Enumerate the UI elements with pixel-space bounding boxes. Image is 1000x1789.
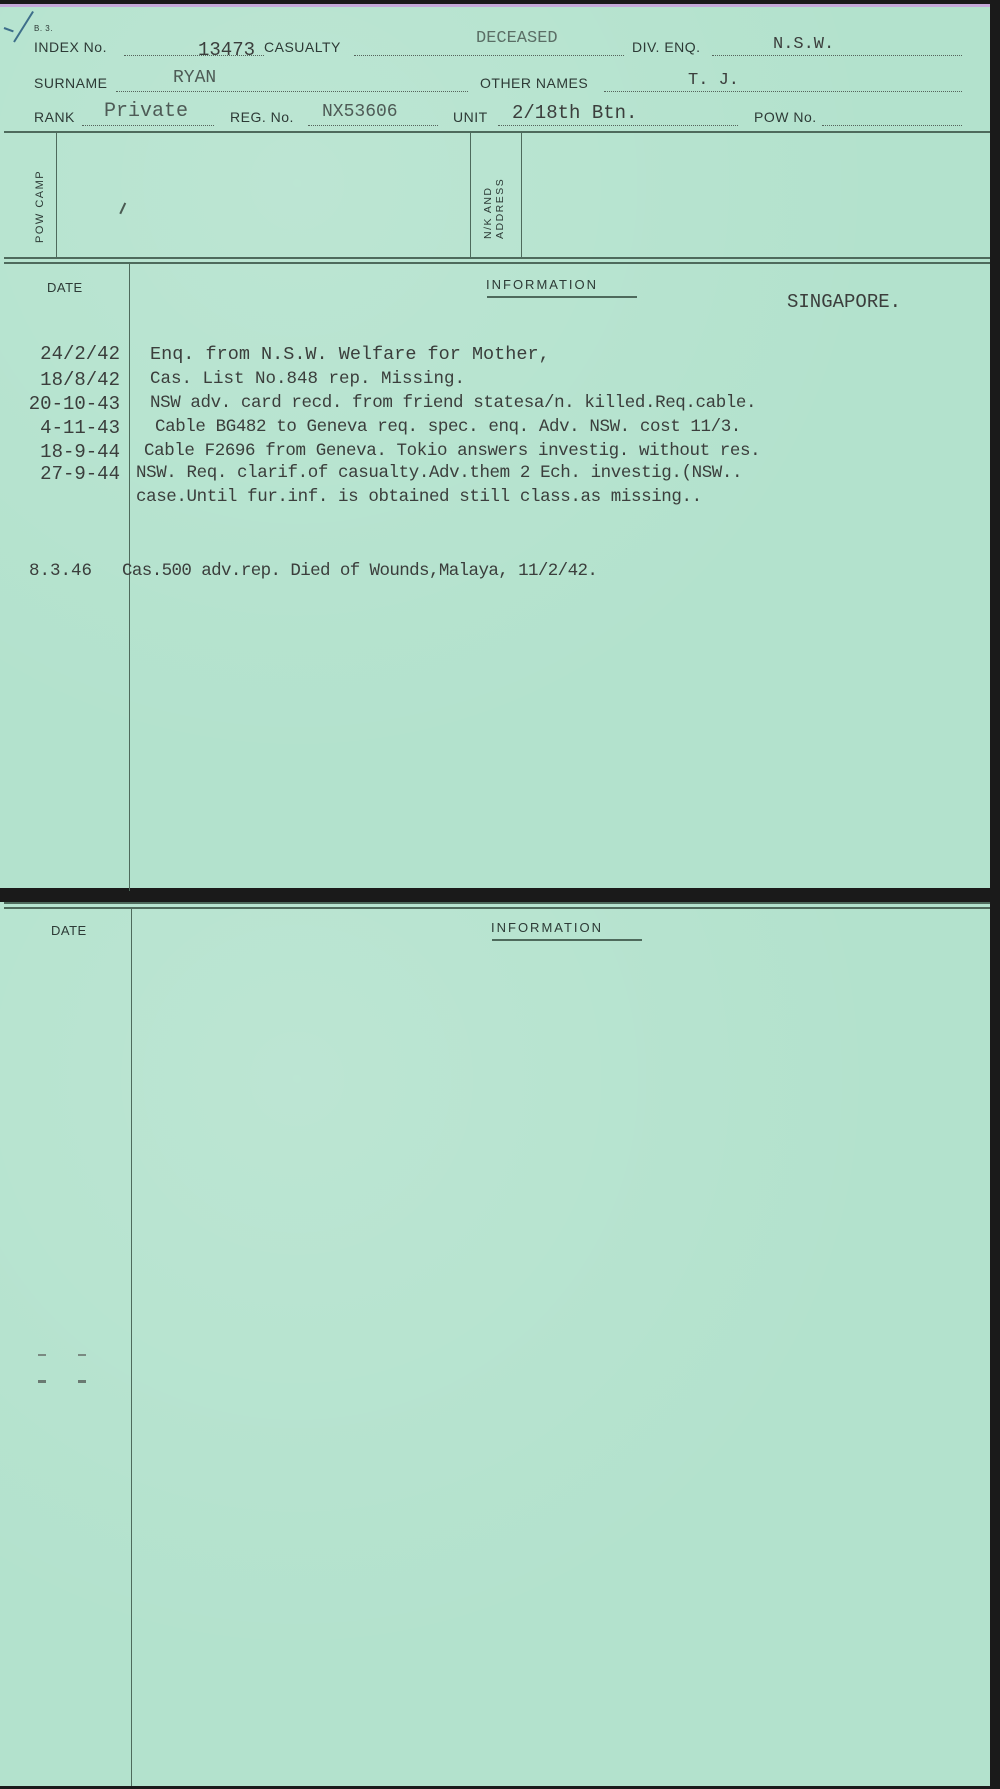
entry-date: 20-10-43 <box>29 393 120 415</box>
surname-value: RYAN <box>173 68 216 88</box>
entry-text-continued: case.Until fur.inf. is obtained still cl… <box>136 487 702 507</box>
entry-date: 4-11-43 <box>40 417 120 439</box>
entry-date: 18/8/42 <box>40 369 120 391</box>
entry-text: NSW adv. card recd. from friend statesa/… <box>150 393 756 413</box>
surname-label: SURNAME <box>34 75 108 91</box>
unit-value: 2/18th Btn. <box>512 102 637 124</box>
entry-date: 8.3.46 <box>29 561 92 581</box>
entry-date: 18-9-44 <box>40 441 120 463</box>
nk-address-divider-left <box>470 133 471 259</box>
unit-line <box>498 125 738 126</box>
other-names-label: OTHER NAMES <box>480 75 588 91</box>
double-rule-bottom <box>4 907 990 909</box>
top-box-rule <box>4 131 990 133</box>
double-rule-bottom <box>4 262 990 264</box>
surname-line <box>116 91 468 92</box>
information-underline <box>492 939 642 941</box>
entry-text: NSW. Req. clarif.of casualty.Adv.them 2 … <box>136 463 742 483</box>
rank-line <box>82 125 214 126</box>
form-code: B. 3. <box>34 24 53 33</box>
rank-label: RANK <box>34 109 75 125</box>
information-underline <box>487 296 637 298</box>
reg-no-value: NX53606 <box>322 102 398 122</box>
pencil-tick-mark <box>13 11 34 43</box>
faint-mark <box>78 1354 86 1356</box>
pencil-mark <box>119 203 125 215</box>
entry-text: Enq. from N.S.W. Welfare for Mother, <box>150 344 550 365</box>
pow-no-label: POW No. <box>754 109 817 125</box>
entry-date: 27-9-44 <box>40 463 120 485</box>
casualty-line <box>354 55 624 56</box>
faint-mark <box>78 1380 86 1383</box>
reg-no-label: REG. No. <box>230 109 294 125</box>
double-rule-top <box>4 257 990 259</box>
date-header: DATE <box>51 923 87 938</box>
entry-text: Cable BG482 to Geneva req. spec. enq. Ad… <box>155 417 741 437</box>
entry-text: Cable F2696 from Geneva. Tokio answers i… <box>144 441 760 461</box>
pow-camp-label: POW CAMP <box>34 170 46 243</box>
div-enq-line <box>712 55 962 56</box>
pow-camp-divider <box>56 133 57 259</box>
other-names-value: T. J. <box>688 71 739 90</box>
unit-label: UNIT <box>453 109 488 125</box>
nk-address-label-line1: N/K AND <box>482 186 494 239</box>
nk-address-divider-right <box>521 133 522 259</box>
index-no-value: 13473 <box>198 39 255 61</box>
pencil-tick-mark-short <box>4 27 14 32</box>
reg-no-line <box>308 125 438 126</box>
entry-date: 24/2/42 <box>40 343 120 365</box>
index-no-label: INDEX No. <box>34 39 107 55</box>
nk-address-label-line2: ADDRESS <box>494 178 506 239</box>
div-enq-label: DIV. ENQ. <box>632 39 701 55</box>
casualty-value: DECEASED <box>476 29 558 48</box>
casualty-label: CASUALTY <box>264 39 341 55</box>
faint-mark <box>38 1380 46 1383</box>
pow-no-line <box>822 125 962 126</box>
date-column-divider <box>131 909 132 1786</box>
faint-mark <box>38 1354 46 1356</box>
information-header: INFORMATION <box>486 277 598 292</box>
double-rule-top <box>4 902 990 904</box>
other-names-line <box>604 91 962 92</box>
entry-text: Cas. List No.848 rep. Missing. <box>150 369 465 389</box>
index-card-front: B. 3. INDEX No. 13473 CASUALTY DECEASED … <box>0 4 990 888</box>
index-card-back: DATE INFORMATION <box>0 902 990 1786</box>
information-header: INFORMATION <box>491 920 603 935</box>
rank-value: Private <box>104 100 188 123</box>
div-enq-value: N.S.W. <box>773 35 834 54</box>
date-header: DATE <box>47 280 83 295</box>
entry-text: Cas.500 adv.rep. Died of Wounds,Malaya, … <box>122 561 597 581</box>
location-note: SINGAPORE. <box>787 291 901 313</box>
